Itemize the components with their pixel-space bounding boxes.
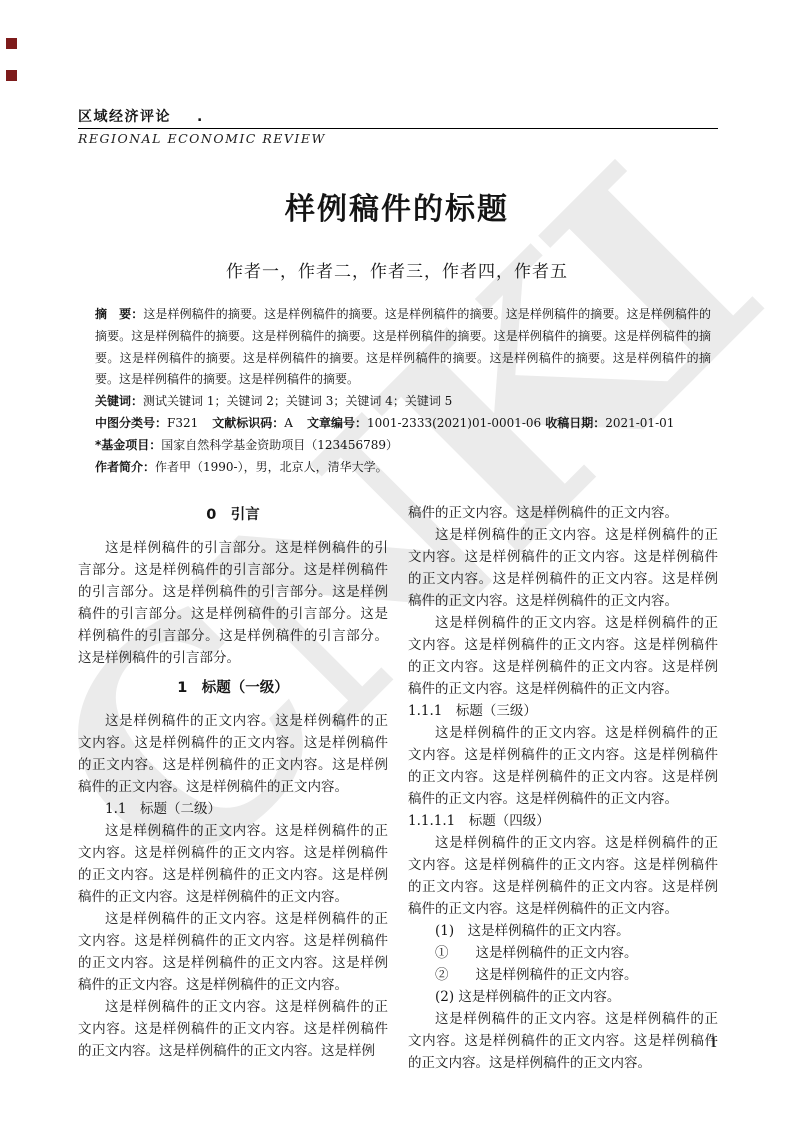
section-heading-level2: 1.1 标题（二级） — [78, 798, 388, 820]
body-paragraph-continuation: 稿件的正文内容。这是样例稿件的正文内容。 — [408, 502, 718, 524]
body-paragraph: 这是样例稿件的正文内容。这是样例稿件的正文内容。这是样例稿件的正文内容。这是样例… — [408, 524, 718, 612]
body-paragraph: 这是样例稿件的正文内容。这是样例稿件的正文内容。这是样例稿件的正文内容。这是样例… — [78, 996, 388, 1062]
corner-print-mark-bottom — [6, 70, 17, 81]
column-left: 0 引言 这是样例稿件的引言部分。这是样例稿件的引言部分。这是样例稿件的引言部分… — [78, 502, 388, 1074]
page-number: 1 — [78, 1036, 718, 1051]
keywords-line: 关键词：测试关键词 1；关键词 2；关键词 3；关键词 4；关键词 5 — [95, 391, 711, 413]
abstract-text: 这是样例稿件的摘要。这是样例稿件的摘要。这是样例稿件的摘要。这是样例稿件的摘要。… — [95, 307, 711, 386]
section-heading-intro: 0 引言 — [78, 504, 388, 526]
clc-pair: 中图分类号：F321 — [95, 416, 198, 430]
body-paragraph: 这是样例稿件的正文内容。这是样例稿件的正文内容。这是样例稿件的正文内容。这是样例… — [78, 908, 388, 996]
corner-print-mark-top — [6, 38, 17, 49]
article-authors: 作者一，作者二，作者三，作者四，作者五 — [0, 257, 794, 282]
abstract: 摘 要：这是样例稿件的摘要。这是样例稿件的摘要。这是样例稿件的摘要。这是样例稿件… — [95, 304, 711, 391]
body-paragraph: 这是样例稿件的正文内容。这是样例稿件的正文内容。这是样例稿件的正文内容。这是样例… — [408, 612, 718, 700]
body-paragraph: 这是样例稿件的正文内容。这是样例稿件的正文内容。这是样例稿件的正文内容。这是样例… — [78, 820, 388, 908]
list-item: ② 这是样例稿件的正文内容。 — [408, 964, 718, 986]
body-paragraph: 这是样例稿件的引言部分。这是样例稿件的引言部分。这是样例稿件的引言部分。这是样例… — [78, 537, 388, 669]
received-pair: 收稿日期：2021-01-01 — [545, 416, 674, 430]
keywords-label: 关键词： — [95, 394, 143, 408]
body-paragraph: 这是样例稿件的正文内容。这是样例稿件的正文内容。这是样例稿件的正文内容。这是样例… — [408, 722, 718, 810]
abstract-label: 摘 要： — [95, 307, 143, 321]
list-item: ① 这是样例稿件的正文内容。 — [408, 942, 718, 964]
metadata-block: 摘 要：这是样例稿件的摘要。这是样例稿件的摘要。这是样例稿件的摘要。这是样例稿件… — [95, 304, 711, 478]
body-paragraph: 这是样例稿件的正文内容。这是样例稿件的正文内容。这是样例稿件的正文内容。这是样例… — [408, 832, 718, 920]
classification-line: 中图分类号：F321文献标识码：A文章编号：1001-2333(2021)01-… — [95, 413, 711, 435]
masthead-rule: 区域经济评论. — [78, 106, 718, 129]
section-heading-level4: 1.1.1.1 标题（四级） — [408, 810, 718, 832]
article-title: 样例稿件的标题 — [0, 184, 794, 228]
journal-title-cn: 区域经济评论 — [78, 109, 171, 125]
fund-label: *基金项目： — [95, 438, 161, 452]
list-item: (2) 这是样例稿件的正文内容。 — [408, 986, 718, 1008]
masthead: 区域经济评论. REGIONAL ECONOMIC REVIEW — [78, 106, 718, 146]
masthead-dot: . — [197, 109, 204, 125]
bio-label: 作者简介： — [95, 460, 155, 474]
fund-value: 国家自然科学基金资助项目（123456789） — [161, 438, 398, 452]
column-right: 稿件的正文内容。这是样例稿件的正文内容。 这是样例稿件的正文内容。这是样例稿件的… — [408, 502, 718, 1074]
bio-value: 作者甲（1990-），男，北京人，清华大学。 — [155, 460, 388, 474]
section-heading-level3: 1.1.1 标题（三级） — [408, 700, 718, 722]
fund-line: *基金项目：国家自然科学基金资助项目（123456789） — [95, 435, 711, 457]
journal-title-en: REGIONAL ECONOMIC REVIEW — [78, 131, 718, 146]
keywords-text: 测试关键词 1；关键词 2；关键词 3；关键词 4；关键词 5 — [143, 394, 452, 408]
section-heading-level1: 1 标题（一级） — [78, 677, 388, 699]
article-id-pair: 文章编号：1001-2333(2021)01-0001-06 — [307, 416, 541, 430]
bio-line: 作者简介：作者甲（1990-），男，北京人，清华大学。 — [95, 457, 711, 479]
body-columns: 0 引言 这是样例稿件的引言部分。这是样例稿件的引言部分。这是样例稿件的引言部分… — [78, 502, 718, 1074]
doc-code-pair: 文献标识码：A — [212, 416, 293, 430]
list-item: (1) 这是样例稿件的正文内容。 — [408, 920, 718, 942]
body-paragraph: 这是样例稿件的正文内容。这是样例稿件的正文内容。这是样例稿件的正文内容。这是样例… — [78, 710, 388, 798]
